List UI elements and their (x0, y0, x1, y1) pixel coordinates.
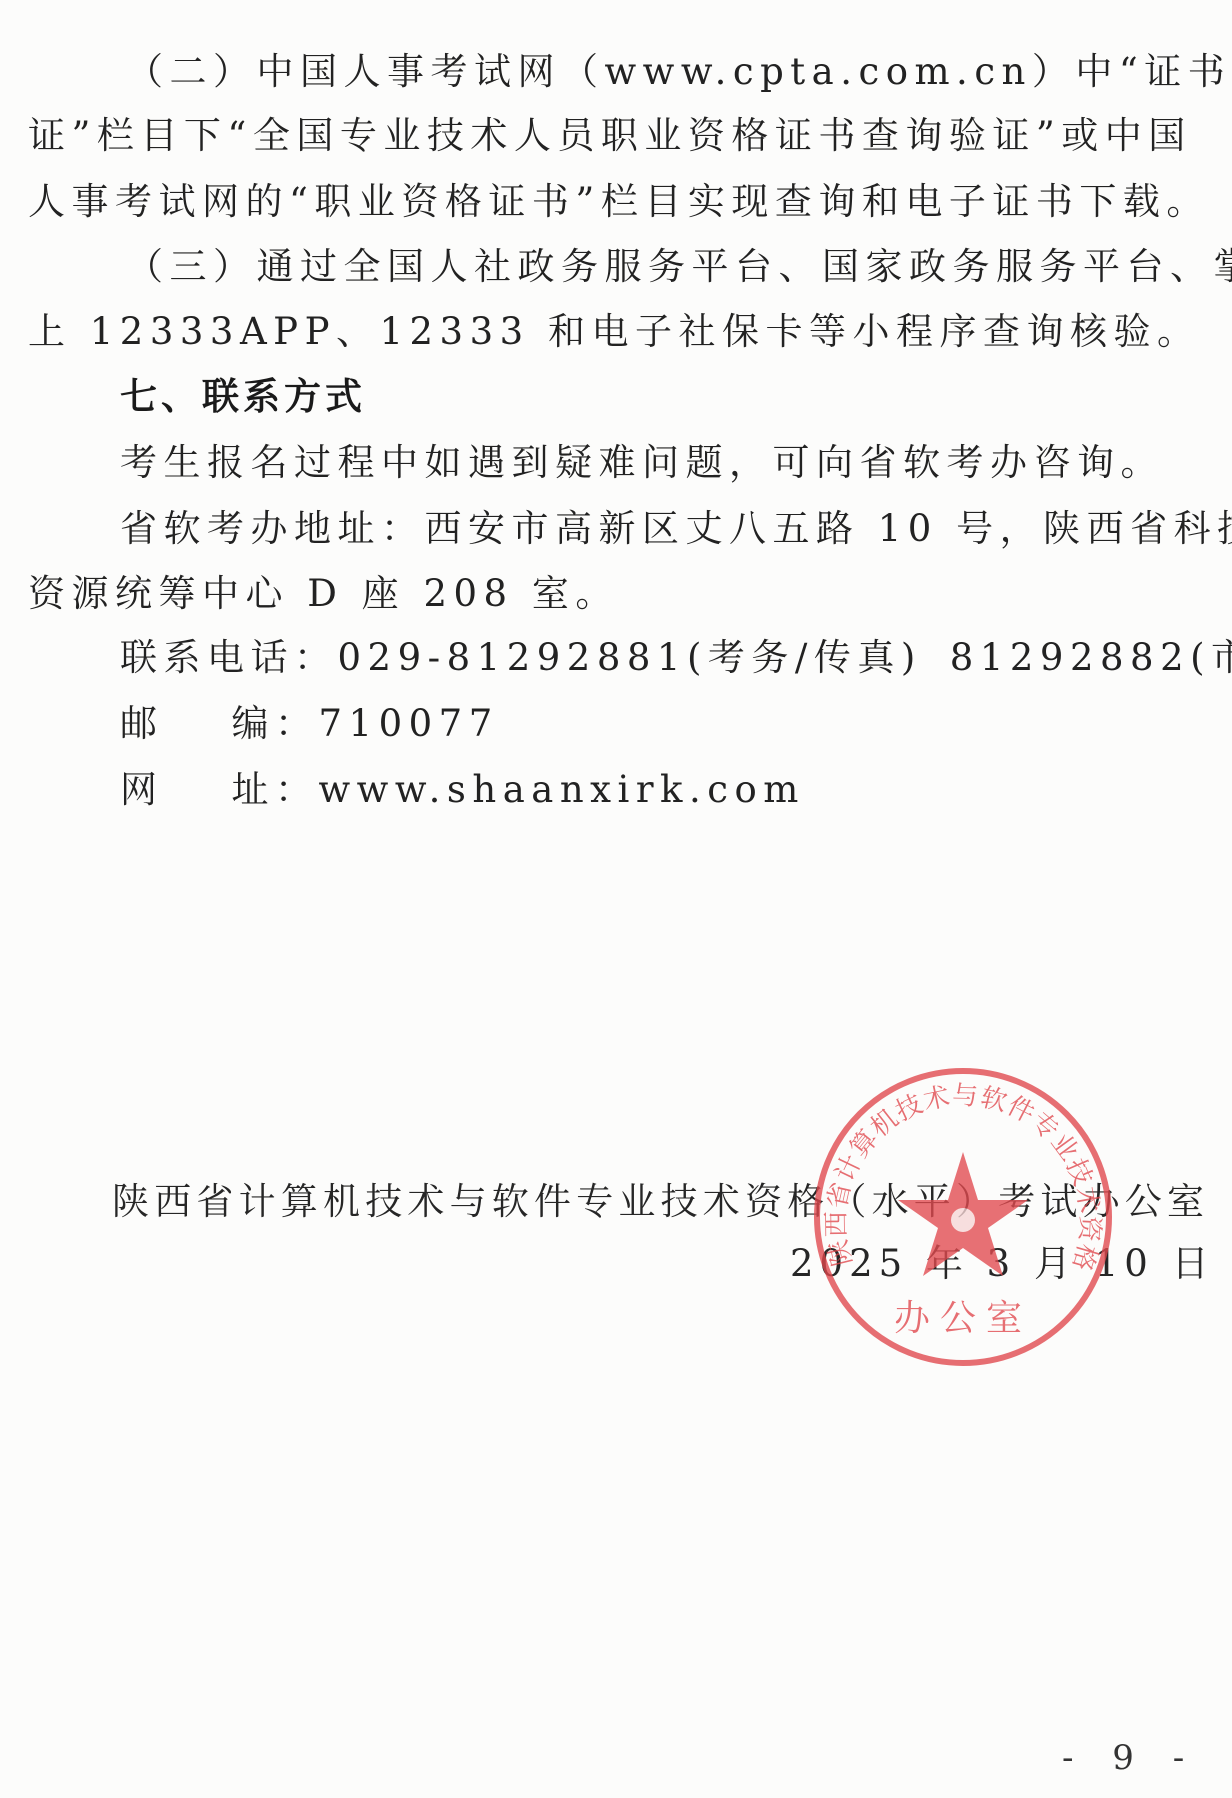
postcode-label-2: 编： (232, 702, 319, 745)
phone-value-market: 81292882(市场) (950, 636, 1232, 679)
section-3-line-1: （三）通过全国人社政务服务平台、国家政务服务平台、掌 (126, 243, 1232, 291)
signature-organization: 陕西省计算机技术与软件专业技术资格（水平）考试办公室 (112, 1178, 1209, 1226)
phone-label: 联系电话： (120, 636, 338, 679)
contact-intro: 考生报名过程中如遇到疑难问题，可向省软考办咨询。 (120, 439, 1164, 487)
section-2-line-2: 证”栏目下“全国专业技术人员职业资格证书查询验证”或中国 (28, 112, 1192, 160)
website-label-1: 网 (120, 768, 164, 811)
section-2-line-3: 人事考试网的“职业资格证书”栏目实现查询和电子证书下载。 (28, 178, 1210, 226)
section-3-line-2: 上 12333APP、12333 和电子社保卡等小程序查询核验。 (28, 308, 1200, 356)
address-line-2: 资源统筹中心 D 座 208 室。 (28, 570, 619, 618)
website-link[interactable]: www.shaanxirk.com (319, 768, 805, 811)
document-page: （二）中国人事考试网（www.cpta.com.cn）中“证书查验验 证”栏目下… (0, 0, 1232, 1798)
phone-row: 联系电话：029-81292881(考务/传真)81292882(市场) (120, 634, 1232, 682)
seal-bottom-text: 办公室 (894, 1298, 1032, 1339)
website-row: 网址：www.shaanxirk.com (120, 766, 805, 814)
phone-value: 029-81292881(考务/传真) (338, 636, 922, 679)
contact-heading: 七、联系方式 (120, 373, 366, 421)
postcode-row: 邮编：710077 (120, 700, 499, 748)
address-line-1: 省软考办地址：西安市高新区丈八五路 10 号，陕西省科技 (120, 505, 1232, 553)
website-label-2: 址： (232, 768, 319, 811)
postcode-value: 710077 (319, 702, 499, 745)
section-2-line-1: （二）中国人事考试网（www.cpta.com.cn）中“证书查验验 (126, 48, 1232, 96)
signature-date: 2025 年 3 月 10 日 (790, 1240, 1215, 1288)
postcode-label-1: 邮 (120, 702, 164, 745)
page-number: - 9 - (1062, 1738, 1198, 1778)
